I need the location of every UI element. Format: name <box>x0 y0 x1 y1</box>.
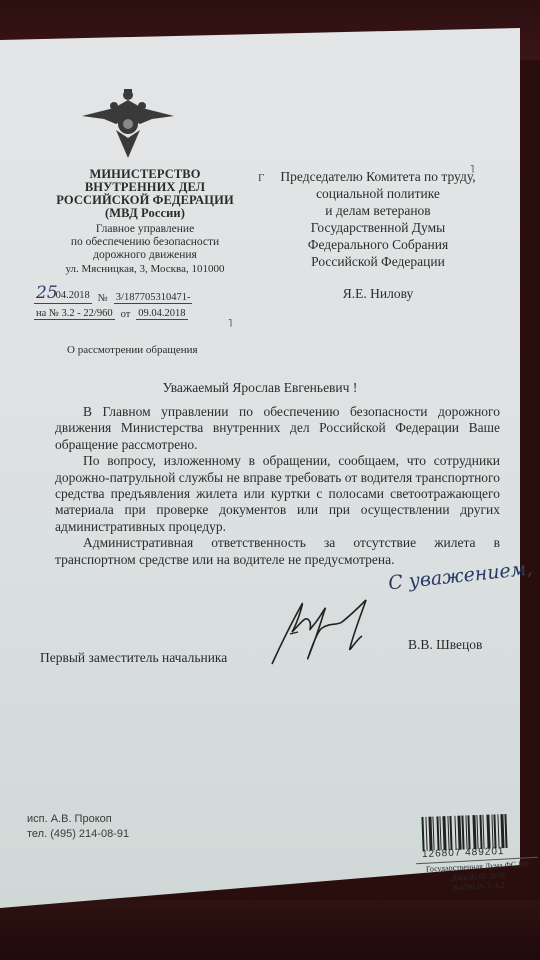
reg-ref-date: 09.04.2018 <box>136 308 187 320</box>
addressee-line: Российской Федерации <box>250 253 506 270</box>
subject-line: О рассмотрении обращения <box>67 344 198 356</box>
reg-number-label: № <box>98 293 108 304</box>
letterhead: МИНИСТЕРСТВО ВНУТРЕННИХ ДЕЛ РОССИЙСКОЙ Ф… <box>40 168 250 276</box>
body-paragraph: Административная ответственность за отсу… <box>55 535 500 568</box>
executor-phone: тел. (495) 214-08-91 <box>27 827 129 842</box>
reg-ref-from-label: от <box>121 309 131 320</box>
org-address: ул. Мясницкая, 3, Москва, 101000 <box>40 263 250 276</box>
executor-info: исп. А.В. Прокоп тел. (495) 214-08-91 <box>27 812 129 842</box>
greeting: Уважаемый Ярослав Евгеньевич ! <box>0 380 520 396</box>
dept-line: по обеспечению безопасности <box>40 236 250 249</box>
addressee-line: социальной политике <box>250 185 506 202</box>
addressee-line: Федерального Собрания <box>250 236 506 253</box>
reg-date: 2504.2018 <box>34 283 92 304</box>
stamp-text: Государственная Дума ФС РФ Дата 05.05.20… <box>421 859 534 895</box>
incoming-stamp: 126807 489201 Государственная Дума ФС РФ… <box>422 815 534 892</box>
photo-background-bottom <box>0 900 540 960</box>
reg-number: 3/187705310471- <box>114 292 193 304</box>
reg-date-printed: 04.2018 <box>56 290 90 301</box>
executor-name: исп. А.В. Прокоп <box>27 812 129 827</box>
addressee-name: Я.Е. Нилову <box>250 285 506 302</box>
dept-line: Главное управление <box>40 223 250 236</box>
reg-ref-number: на № 3.2 - 22/960 <box>34 308 115 320</box>
signer-title: Первый заместитель начальника <box>40 650 227 666</box>
mvd-eagle-emblem-icon <box>68 86 188 162</box>
addressee-line: Государственной Думы <box>250 219 506 236</box>
registration-block: 2504.2018 № 3/187705310471- на № 3.2 - 2… <box>34 288 274 320</box>
body-paragraph: По вопросу, изложенному в обращении, соо… <box>55 453 500 535</box>
letter-body: В Главном управлении по обеспечению безо… <box>55 404 500 568</box>
signer-name: В.В. Швецов <box>408 637 482 653</box>
org-line: (МВД России) <box>40 207 250 220</box>
reg-day-handwritten: 25 <box>36 283 58 303</box>
addressee-block: Председателю Комитета по труду, социальн… <box>250 168 506 302</box>
handwritten-signature-icon <box>262 592 382 670</box>
addressee-line: Председателю Комитета по труду, <box>250 168 506 185</box>
addressee-line: и делам ветеранов <box>250 202 506 219</box>
corner-mark-icon: ˥ <box>228 318 232 330</box>
body-paragraph: В Главном управлении по обеспечению безо… <box>55 404 500 453</box>
dept-line: дорожного движения <box>40 249 250 262</box>
